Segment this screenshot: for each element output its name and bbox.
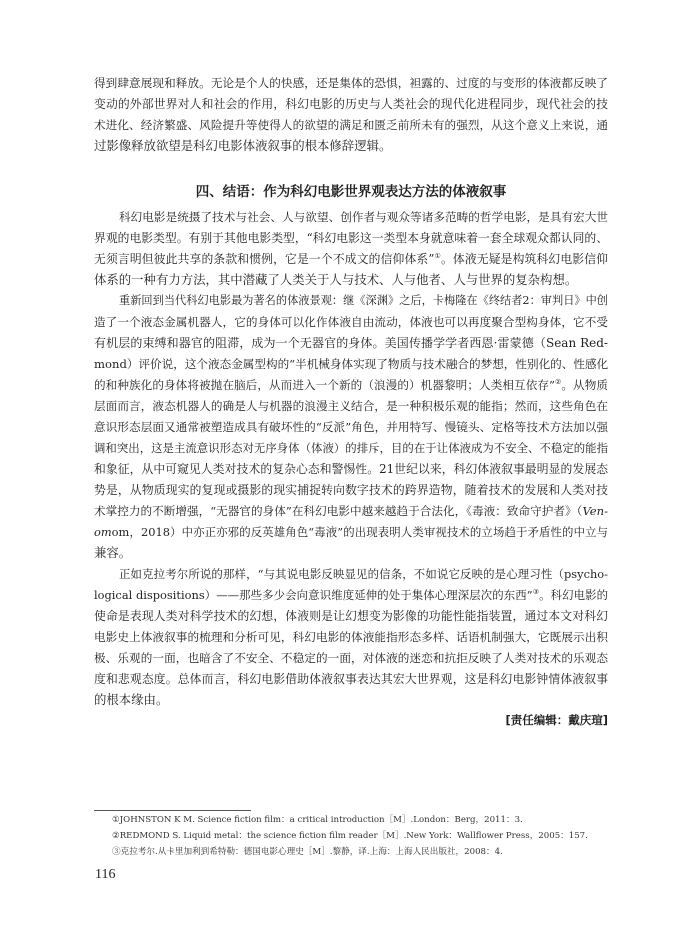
footnote-ref-1[interactable]: ① xyxy=(434,252,441,260)
text-segment: 的和种族化的身体将被抛在脑后，从而进入一个新的（浪漫的）机器黎明；人类相互依存” xyxy=(94,378,555,392)
text-line: 科幻电影是统摄了技术与社会、人与欲望、创作者与观众等诸多范畴的哲学电影，是具有宏… xyxy=(119,207,608,227)
section-heading: 四、结语：作为科幻电影世界观表达方法的体液叙事 xyxy=(94,181,608,203)
text-line: 体系的一种有力方法，其中潜藏了人类关于人与技术、人与他者、人与世界的复杂构想。 xyxy=(94,270,608,290)
footnote-1: ①JOHNSTON K M. Science fiction film：a cr… xyxy=(112,813,523,827)
footnote-3: ③克拉考尔.从卡里加利到希特勒：德国电影心理史［M］.黎静，译.上海：上海人民出… xyxy=(112,845,503,859)
text-line: 调和突出，这是主流意识形态对无序身体（体液）的排斥，目的在于让体液成为不安全、不… xyxy=(94,438,608,458)
text-line: 的和种族化的身体将被抛在脑后，从而进入一个新的（浪漫的）机器黎明；人类相互依存”… xyxy=(94,375,608,395)
text-line: 层面而言，液态机器人的确是人与机器的浪漫主义结合，是一种积极乐观的能指；然而，这… xyxy=(94,396,608,416)
text-line: 的根本缘由。 xyxy=(94,690,608,710)
footnote-divider xyxy=(94,810,251,811)
text-line: logical dispositions）——那些多少会向意识维度延伸的处于集体… xyxy=(94,585,608,605)
text-line: 意识形态层面又通常被塑造成具有破坏性的“反派”角色，并用特写、慢镜头、定格等技术… xyxy=(94,417,608,437)
text-segment: logical dispositions）——那些多少会向意识维度延伸的处于集体… xyxy=(94,588,533,602)
text-line: 度和悲观态度。总体而言，科幻电影借助体液叙事表达其宏大世界观，这是科幻电影钟情体… xyxy=(94,669,608,689)
text-line: omom，2018）中亦正亦邪的反英雄角色“毒液”的出现表明人类审视技术的立场趋… xyxy=(94,522,608,542)
text-line: 势是，从物质现实的复现或摄影的现实捕捉转向数字技术的跨界造物，随着技术的发展和人… xyxy=(94,480,608,500)
text-line: 过影像释放欲望是科幻电影体液叙事的根本修辞逻辑。 xyxy=(94,136,608,156)
text-line: 和象征，从中可窥见人类对技术的复杂心态和警惕性。21世纪以来，科幻体液叙事最明显… xyxy=(94,459,608,479)
editor-credit: [责任编辑：戴庆瑄] xyxy=(505,712,608,728)
text-line: 电影史上体液叙事的梳理和分析可见，科幻电影的体液能指形态多样、话语机制强大，它既… xyxy=(94,627,608,647)
text-line: mond）评价说，这个液态金属型构的“半机械身体实现了物质与技术融合的梦想，性别… xyxy=(94,354,608,374)
text-line: 术掌控力的不断增强，“无器官的身体”在科幻电影中越来越趋于合法化，《毒液：致命守… xyxy=(94,501,608,521)
text-line: 无须言明但彼此共享的条款和惯例，它是一个不成文的信仰体系”①。体液无疑是构筑科幻… xyxy=(94,249,608,269)
italic-title: Ven- xyxy=(582,504,608,518)
text-line: 变动的外部世界对人和社会的作用，科幻电影的历史与人类社会的现代化进程同步，现代社… xyxy=(94,94,608,114)
text-line: 有机层的束缚和器官的阻滞，成为一个无器官的身体。美国传播学学者西恩·雷蒙德（Se… xyxy=(94,333,608,353)
text-segment: 。体液无疑是构筑科幻电影信仰 xyxy=(441,252,608,266)
text-segment: 。科幻电影的 xyxy=(539,588,608,602)
text-line: 界观的电影类型。有别于其他电影类型，“科幻电影这一类型本身就意味着一套全球观众都… xyxy=(94,228,608,248)
text-line: 术进化、经济繁盛、风险提升等使得人的欲望的满足和匮乏前所未有的强烈，从这个意义上… xyxy=(94,115,608,135)
text-segment: 术掌控力的不断增强，“无器官的身体”在科幻电影中越来越趋于合法化，《毒液：致命守… xyxy=(94,504,582,518)
text-line: 使命是表现人类对科学技术的幻想，体液则是让幻想变为影像的功能性能指装置，通过本文… xyxy=(94,606,608,626)
text-line: 重新回到当代科幻电影最为著名的体液景观：继《深渊》之后，卡梅隆在《终结者2：审判… xyxy=(119,291,608,311)
text-line: 得到肆意展现和释放。无论是个人的快感，还是集体的恐惧，袒露的、过度的与变形的体液… xyxy=(94,73,608,93)
text-segment: 。从物质 xyxy=(561,378,608,392)
text-line: 正如克拉考尔所说的那样，“与其说电影反映显见的信条，不如说它反映的是心理习性（p… xyxy=(119,564,608,584)
text-line: 兼容。 xyxy=(94,543,608,563)
text-segment: 无须言明但彼此共享的条款和惯例，它是一个不成文的信仰体系” xyxy=(94,252,434,266)
document-page: 得到肆意展现和释放。无论是个人的快感，还是集体的恐惧，袒露的、过度的与变形的体液… xyxy=(0,0,700,943)
text-line: 造了一个液态金属机器人，它的身体可以化作体液自由流动，体液也可以再度聚合型构身体… xyxy=(94,312,608,332)
page-number: 116 xyxy=(95,866,115,884)
italic-title: om xyxy=(94,525,112,539)
text-segment: om，2018）中亦正亦邪的反英雄角色“毒液”的出现表明人类审视技术的立场趋于矛… xyxy=(112,525,608,539)
text-line: 极、乐观的一面，也暗含了不安全、不稳定的一面，对体液的迷恋和抗拒反映了人类对技术… xyxy=(94,648,608,668)
footnote-2: ②REDMOND S. Liquid metal：the science fic… xyxy=(112,829,588,843)
